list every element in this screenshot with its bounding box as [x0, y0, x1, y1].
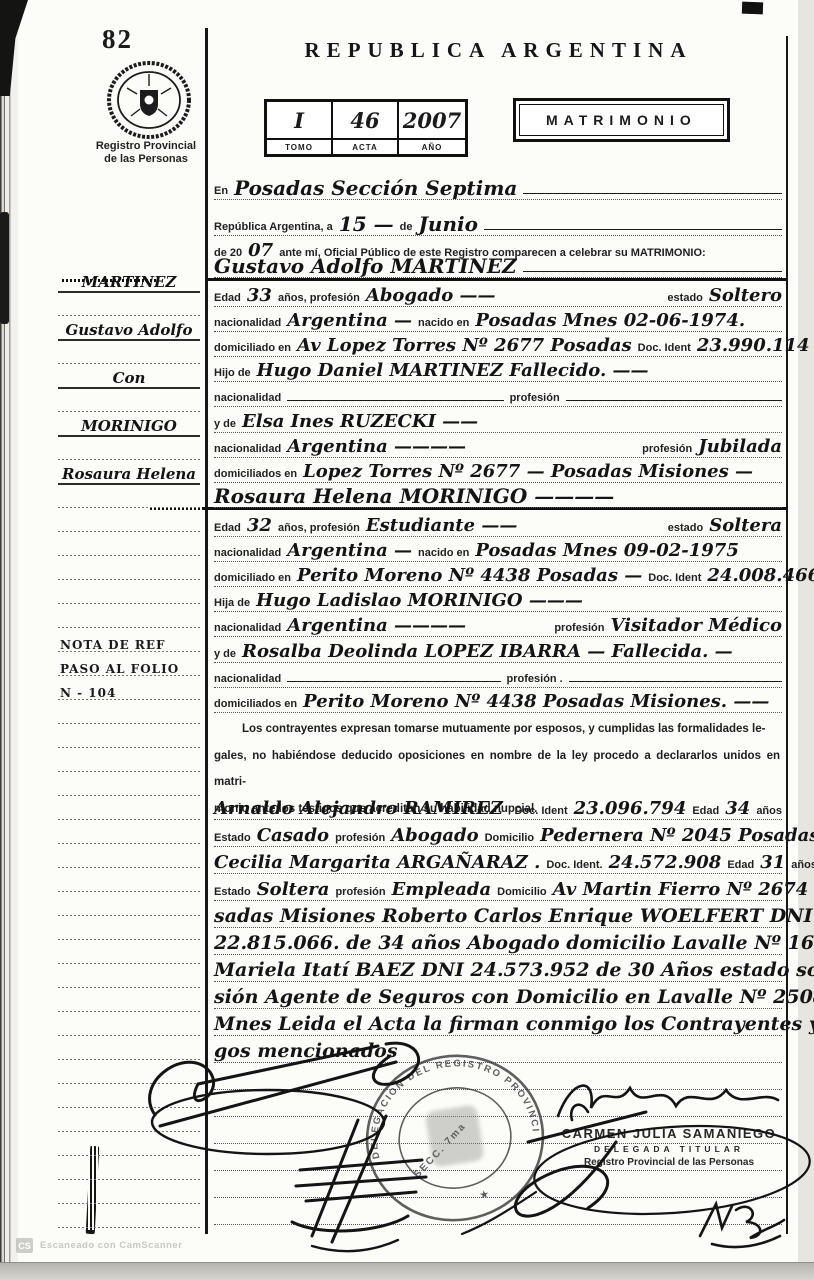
groom-doc-value: 23.990.114 [697, 337, 810, 355]
hijo-de-label: Hijo de [214, 367, 251, 380]
blank-rule [569, 681, 782, 682]
y-de-label: y de [214, 648, 236, 661]
domicilio-label: Domicilio [485, 832, 535, 845]
y-de-label: y de [214, 418, 236, 431]
profesion-label: profesión . [507, 673, 563, 686]
handwritten-text: Mnes Leida el Acta la firman conmigo los… [214, 1015, 814, 1034]
witness2-estado-value: Soltera [257, 881, 330, 899]
bride-domiciliados-value: Perito Moreno Nº 4438 Posadas Misiones. … [303, 693, 769, 711]
bride-name-row: Rosaura Helena MORINIGO ———— [214, 482, 782, 508]
bride-row-edad: Edad 32 años, profesión Estudiante —— es… [214, 511, 782, 537]
edad-label: Edad [214, 292, 241, 305]
groom-nacionalidad-value: Argentina — [287, 312, 412, 330]
doc-ident-label: Doc. Ident [514, 805, 567, 818]
groom-padre-value: Hugo Daniel MARTINEZ Fallecido. —— [257, 362, 649, 380]
nacionalidad-label: nacionalidad [214, 547, 281, 560]
en-label: En [214, 185, 228, 198]
witness1-doc-value: 23.096.794 [574, 800, 687, 818]
groom-row-edad: Edad 33 años, profesión Abogado —— estad… [214, 281, 782, 307]
doc-ident-label: Doc. Ident [638, 342, 691, 355]
margin-note-line1: NOTA DE REF [60, 638, 198, 652]
edad-label: Edad [727, 859, 754, 872]
witness1-row-name: Arnaldo Alejandro RAMIREZ Doc. Ident 23.… [214, 793, 782, 820]
blank-rule [566, 400, 782, 401]
profesion-label: profesión [335, 832, 385, 845]
bride-row-domicilios: domiciliados en Perito Moreno Nº 4438 Po… [214, 687, 782, 713]
handwritten-line: 22.815.066. de 34 años Abogado domicilio… [214, 928, 782, 955]
estado-label: estado [667, 292, 702, 305]
witness1-edad-value: 34 [725, 800, 750, 818]
ano-label: AÑO [399, 138, 465, 154]
groom-profesion-value: Abogado —— [366, 287, 496, 305]
country-title: REPUBLICA ARGENTINA [215, 38, 782, 63]
seal-caption: Registro Provincial de las Personas [76, 140, 216, 166]
groom-madre-value: Elsa Ines RUZECKI —— [242, 413, 478, 431]
witness1-domicilio-value: Pedernera Nº 2045 Posadas [540, 827, 814, 845]
ano-value: 2007 [399, 102, 465, 138]
blank-ruled-line [214, 1198, 782, 1225]
camscanner-logo-icon: CS [16, 1238, 33, 1253]
anos-profesion-label: años, profesión [278, 522, 360, 535]
official-stamp-block: CARMEN JULIA SAMANIEGO DELEGADA TITULAR … [545, 1126, 793, 1168]
handwritten-line: sadas Misiones Roberto Carlos Enrique WO… [214, 901, 782, 928]
scan-bottom-band [0, 1262, 814, 1280]
form-row-groom-name: Gustavo Adolfo MARTINEZ [214, 250, 782, 278]
bride-row-domicilio: domiciliado en Perito Moreno Nº 4438 Pos… [214, 561, 782, 587]
margin-name-con: Con [58, 370, 200, 389]
seal-caption-line2: de las Personas [76, 153, 216, 166]
seal-caption-line1: Registro Provincial [76, 140, 216, 153]
anos-profesion-label: años, profesión [278, 292, 360, 305]
bride-padre-profesion-value: Visitador Médico [610, 617, 782, 635]
estado-label: Estado [214, 832, 251, 845]
groom-row-domicilio: domiciliado en Av Lopez Torres Nº 2677 P… [214, 331, 782, 357]
anos-label: años [791, 859, 814, 872]
groom-madre-profesion-value: Jubilada [698, 438, 782, 456]
handwritten-line: Mnes Leida el Acta la firman conmigo los… [214, 1009, 782, 1036]
handwritten-text: 22.815.066. de 34 años Abogado domicilio… [214, 934, 814, 953]
groom-domicilio-value: Av Lopez Torres Nº 2677 Posadas [297, 337, 632, 355]
bride-row-madre: y de Rosalba Deolinda LOPEZ IBARRA — Fal… [214, 637, 782, 663]
witness1-profesion-value: Abogado [391, 827, 478, 845]
bride-nacionalidad-value: Argentina — [287, 542, 412, 560]
nacido-en-label: nacido en [418, 317, 469, 330]
handwritten-text: Mariela Itatí BAEZ DNI 24.573.952 de 30 … [214, 961, 814, 980]
provincial-seal-icon [103, 60, 195, 140]
bride-edad-value: 32 [247, 517, 272, 535]
blank-rule [484, 229, 782, 230]
margin-name-surname-bride: MORINIGO [58, 418, 200, 437]
witness2-profesion-value: Empleada [392, 881, 492, 899]
handwritten-text: sión Agente de Seguros con Domicilio en … [214, 988, 814, 1007]
witness1-estado-value: Casado [257, 827, 329, 845]
witness2-edad-value: 31 [760, 854, 785, 872]
domiciliados-label: domiciliados en [214, 698, 297, 711]
domiciliado-label: domiciliado en [214, 342, 291, 355]
hija-de-label: Hija de [214, 597, 250, 610]
witness2-row-detail: Estado Soltera profesión Empleada Domici… [214, 874, 782, 901]
bride-padre-nacionalidad-value: Argentina ———— [287, 617, 466, 635]
place-value: Posadas Sección Septima [234, 178, 517, 198]
handwritten-line: sión Agente de Seguros con Domicilio en … [214, 982, 782, 1009]
blank-ruled-line [214, 1171, 782, 1198]
groom-row-nacionalidad: nacionalidad Argentina — nacido en Posad… [214, 306, 782, 332]
groom-row-madre: y de Elsa Ines RUZECKI —— [214, 407, 782, 433]
scan-right-fade [798, 0, 814, 1280]
handwritten-text: gos mencionados [214, 1042, 398, 1061]
witness2-doc-value: 24.572.908 [609, 854, 722, 872]
margin-note-line3: N - 104 [60, 686, 198, 700]
bride-doc-value: 24.008.466 [707, 567, 814, 585]
acta-value: 46 [333, 102, 399, 138]
groom-edad-value: 33 [247, 287, 272, 305]
bride-madre-value: Rosalba Deolinda LOPEZ IBARRA — Fallecid… [242, 643, 733, 661]
margin-name-given-groom: Gustavo Adolfo [58, 322, 200, 341]
nacionalidad-label: nacionalidad [214, 317, 281, 330]
groom-row-padre: Hijo de Hugo Daniel MARTINEZ Fallecido. … [214, 356, 782, 382]
nacionalidad-label: nacionalidad [214, 622, 281, 635]
form-left-border [205, 28, 208, 1234]
groom-domiciliados-value: Lopez Torres Nº 2677 — Posadas Misiones … [303, 463, 753, 481]
matrimonio-box: MATRIMONIO [513, 98, 730, 142]
nacionalidad-label: nacionalidad [214, 673, 281, 686]
groom-nacido-value: Posadas Mnes 02-06-1974. [475, 312, 745, 330]
day-value: 15 — [339, 214, 394, 234]
tomo-label: TOMO [267, 138, 333, 154]
witness1-name-value: Arnaldo Alejandro RAMIREZ [214, 800, 503, 818]
camscanner-watermark: CS Escaneado con CamScanner [16, 1238, 182, 1253]
anos-label: años [756, 805, 782, 818]
nacido-en-label: nacido en [418, 547, 469, 560]
bride-row-padre: Hija de Hugo Ladislao MORINIGO ——— [214, 586, 782, 612]
bride-name-value: Rosaura Helena MORINIGO ———— [214, 486, 614, 506]
profesion-label: profesión [554, 622, 604, 635]
witness2-domicilio-value: Av Martin Fierro Nº 2674 Po [553, 881, 814, 899]
estado-label: estado [668, 522, 703, 535]
bride-row-madre-nac: nacionalidad profesión . [214, 662, 782, 688]
blank-rule [523, 271, 782, 272]
witness1-row-detail: Estado Casado profesión Abogado Domicili… [214, 820, 782, 847]
scan-edge-blob [0, 212, 9, 324]
bride-row-padre-nac: nacionalidad Argentina ———— profesión Vi… [214, 611, 782, 637]
witness2-name-value: Cecilia Margarita ARGAÑARAZ . [214, 854, 540, 872]
nacionalidad-label: nacionalidad [214, 392, 281, 405]
groom-row-domicilios: domiciliados en Lopez Torres Nº 2677 — P… [214, 457, 782, 483]
month-value: Junio [418, 214, 477, 234]
bride-profesion-value: Estudiante —— [366, 517, 517, 535]
blank-rule [287, 400, 503, 401]
bride-row-nacionalidad: nacionalidad Argentina — nacido en Posad… [214, 536, 782, 562]
profesion-label: profesión [642, 443, 692, 456]
blank-ruled-line [214, 1090, 782, 1117]
edad-label: Edad [214, 522, 241, 535]
scan-top-right-mark [742, 2, 763, 15]
form-row-date: República Argentina, a 15 — de Junio [214, 204, 782, 236]
scan-edge-strip [0, 0, 18, 1280]
blank-rule [287, 681, 500, 682]
bride-nacido-value: Posadas Mnes 09-02-1975 [475, 542, 739, 560]
margin-name-given-bride: Rosaura Helena [58, 466, 200, 485]
bride-padre-value: Hugo Ladislao MORINIGO ——— [256, 592, 583, 610]
official-role: DELEGADA TITULAR [545, 1144, 793, 1154]
tomo-value: I [267, 102, 333, 138]
handwritten-line: Mariela Itatí BAEZ DNI 24.573.952 de 30 … [214, 955, 782, 982]
groom-name-value: Gustavo Adolfo MARTINEZ [214, 256, 517, 276]
official-office: Registro Provincial de las Personas [545, 1157, 793, 1168]
margin-column: MARTINEZ Gustavo Adolfo Con MORINIGO Ros… [56, 268, 202, 1230]
margin-note-line2: PASO AL FOLIO [60, 662, 198, 676]
marriage-certificate-scan: 82 Registro Provincial de las Personas R… [0, 0, 814, 1280]
paragraph-line2: gales, no habiéndose deducido oposicione… [214, 750, 780, 789]
handwritten-line: gos mencionados [214, 1036, 782, 1063]
profesion-label: profesión [335, 886, 385, 899]
camscanner-text: Escaneado con CamScanner [40, 1240, 182, 1251]
profesion-label: profesión [510, 392, 560, 405]
bride-estado-value: Soltera [709, 517, 782, 535]
domiciliado-label: domiciliado en [214, 572, 291, 585]
page-number: 82 [102, 24, 133, 55]
groom-row-padre-nac: nacionalidad profesión [214, 381, 782, 407]
blank-ruled-line [214, 1063, 782, 1090]
groom-madre-nacionalidad-value: Argentina ———— [287, 438, 466, 456]
groom-row-madre-nac: nacionalidad Argentina ———— profesión Ju… [214, 432, 782, 458]
edad-label: Edad [692, 805, 719, 818]
witness2-row-name: Cecilia Margarita ARGAÑARAZ . Doc. Ident… [214, 847, 782, 874]
republica-label: República Argentina, a [214, 221, 333, 234]
doc-ident-label: Doc. Ident. [546, 859, 602, 872]
domiciliados-label: domiciliados en [214, 468, 297, 481]
handwritten-text: sadas Misiones Roberto Carlos Enrique WO… [214, 907, 814, 926]
official-name: CARMEN JULIA SAMANIEGO [545, 1126, 793, 1141]
de-label: de [400, 221, 413, 234]
bride-domicilio-value: Perito Moreno Nº 4438 Posadas — [297, 567, 642, 585]
paragraph-line1: Los contrayentes expresan tomarse mutuam… [242, 723, 765, 735]
blank-rule [523, 193, 782, 194]
form-row-place: En Posadas Sección Septima [214, 168, 782, 200]
domicilio-label: Domicilio [497, 886, 547, 899]
nacionalidad-label: nacionalidad [214, 443, 281, 456]
record-number-table: I 46 2007 TOMO ACTA AÑO [264, 99, 468, 157]
doc-ident-label: Doc. Ident [648, 572, 701, 585]
acta-label: ACTA [333, 138, 399, 154]
groom-estado-value: Soltero [709, 287, 782, 305]
matrimonio-label: MATRIMONIO [519, 104, 724, 136]
estado-label: Estado [214, 886, 251, 899]
margin-name-surname-groom: MARTINEZ [58, 274, 200, 293]
form-right-border [786, 36, 788, 1234]
